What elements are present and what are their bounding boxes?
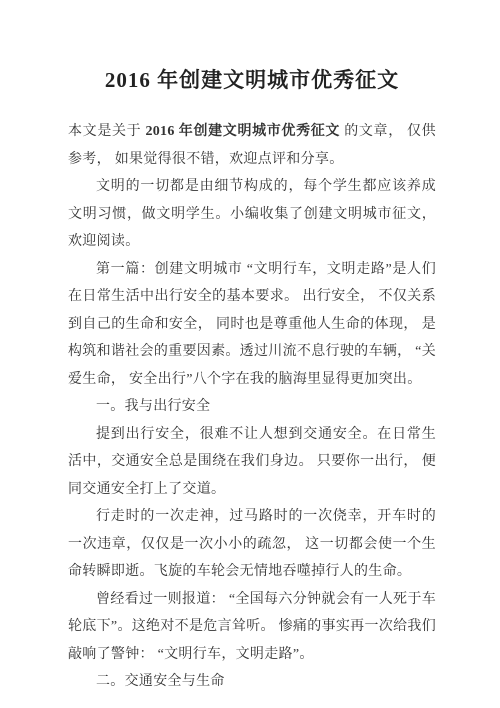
paragraph-essay-one-intro: 第一篇：创建文明城市 “文明行车，文明走路”是人们在日常生活中出行安全的基本要求… [68, 256, 436, 394]
paragraph-report-quote: 曾经看过一则报道： “全国每六分钟就会有一人死于车轮底下”。这绝对不是危言耸听。… [68, 586, 436, 669]
document-page: 2016 年创建文明城市优秀征文 本文是关于 2016 年创建文明城市优秀征文 … [0, 0, 500, 708]
intro-text-pre: 本文是关于 [68, 124, 145, 139]
document-title: 2016 年创建文明城市优秀征文 [68, 64, 436, 96]
section-heading-travel-safety: 一。我与出行安全 [68, 393, 436, 421]
section-heading-safety-life: 二。交通安全与生命 [68, 668, 436, 696]
paragraph-intro: 本文是关于 2016 年创建文明城市优秀征文 的文章， 仅供参考， 如果觉得很不… [68, 118, 436, 173]
paragraph-traffic-safety: 提到出行安全，很难不让人想到交通安全。在日常生活中，交通安全总是围绕在我们身边。… [68, 421, 436, 504]
paragraph-negligence: 行走时的一次走神，过马路时的一次侥幸，开车时的一次违章，仅仅是一次小小的疏忽， … [68, 503, 436, 586]
paragraph-habits: 文明的一切都是由细节构成的，每个学生都应该养成文明习惯，做文明学生。小编收集了创… [68, 173, 436, 256]
intro-keyword-bold: 2016 年创建文明城市优秀征文 [145, 124, 340, 139]
